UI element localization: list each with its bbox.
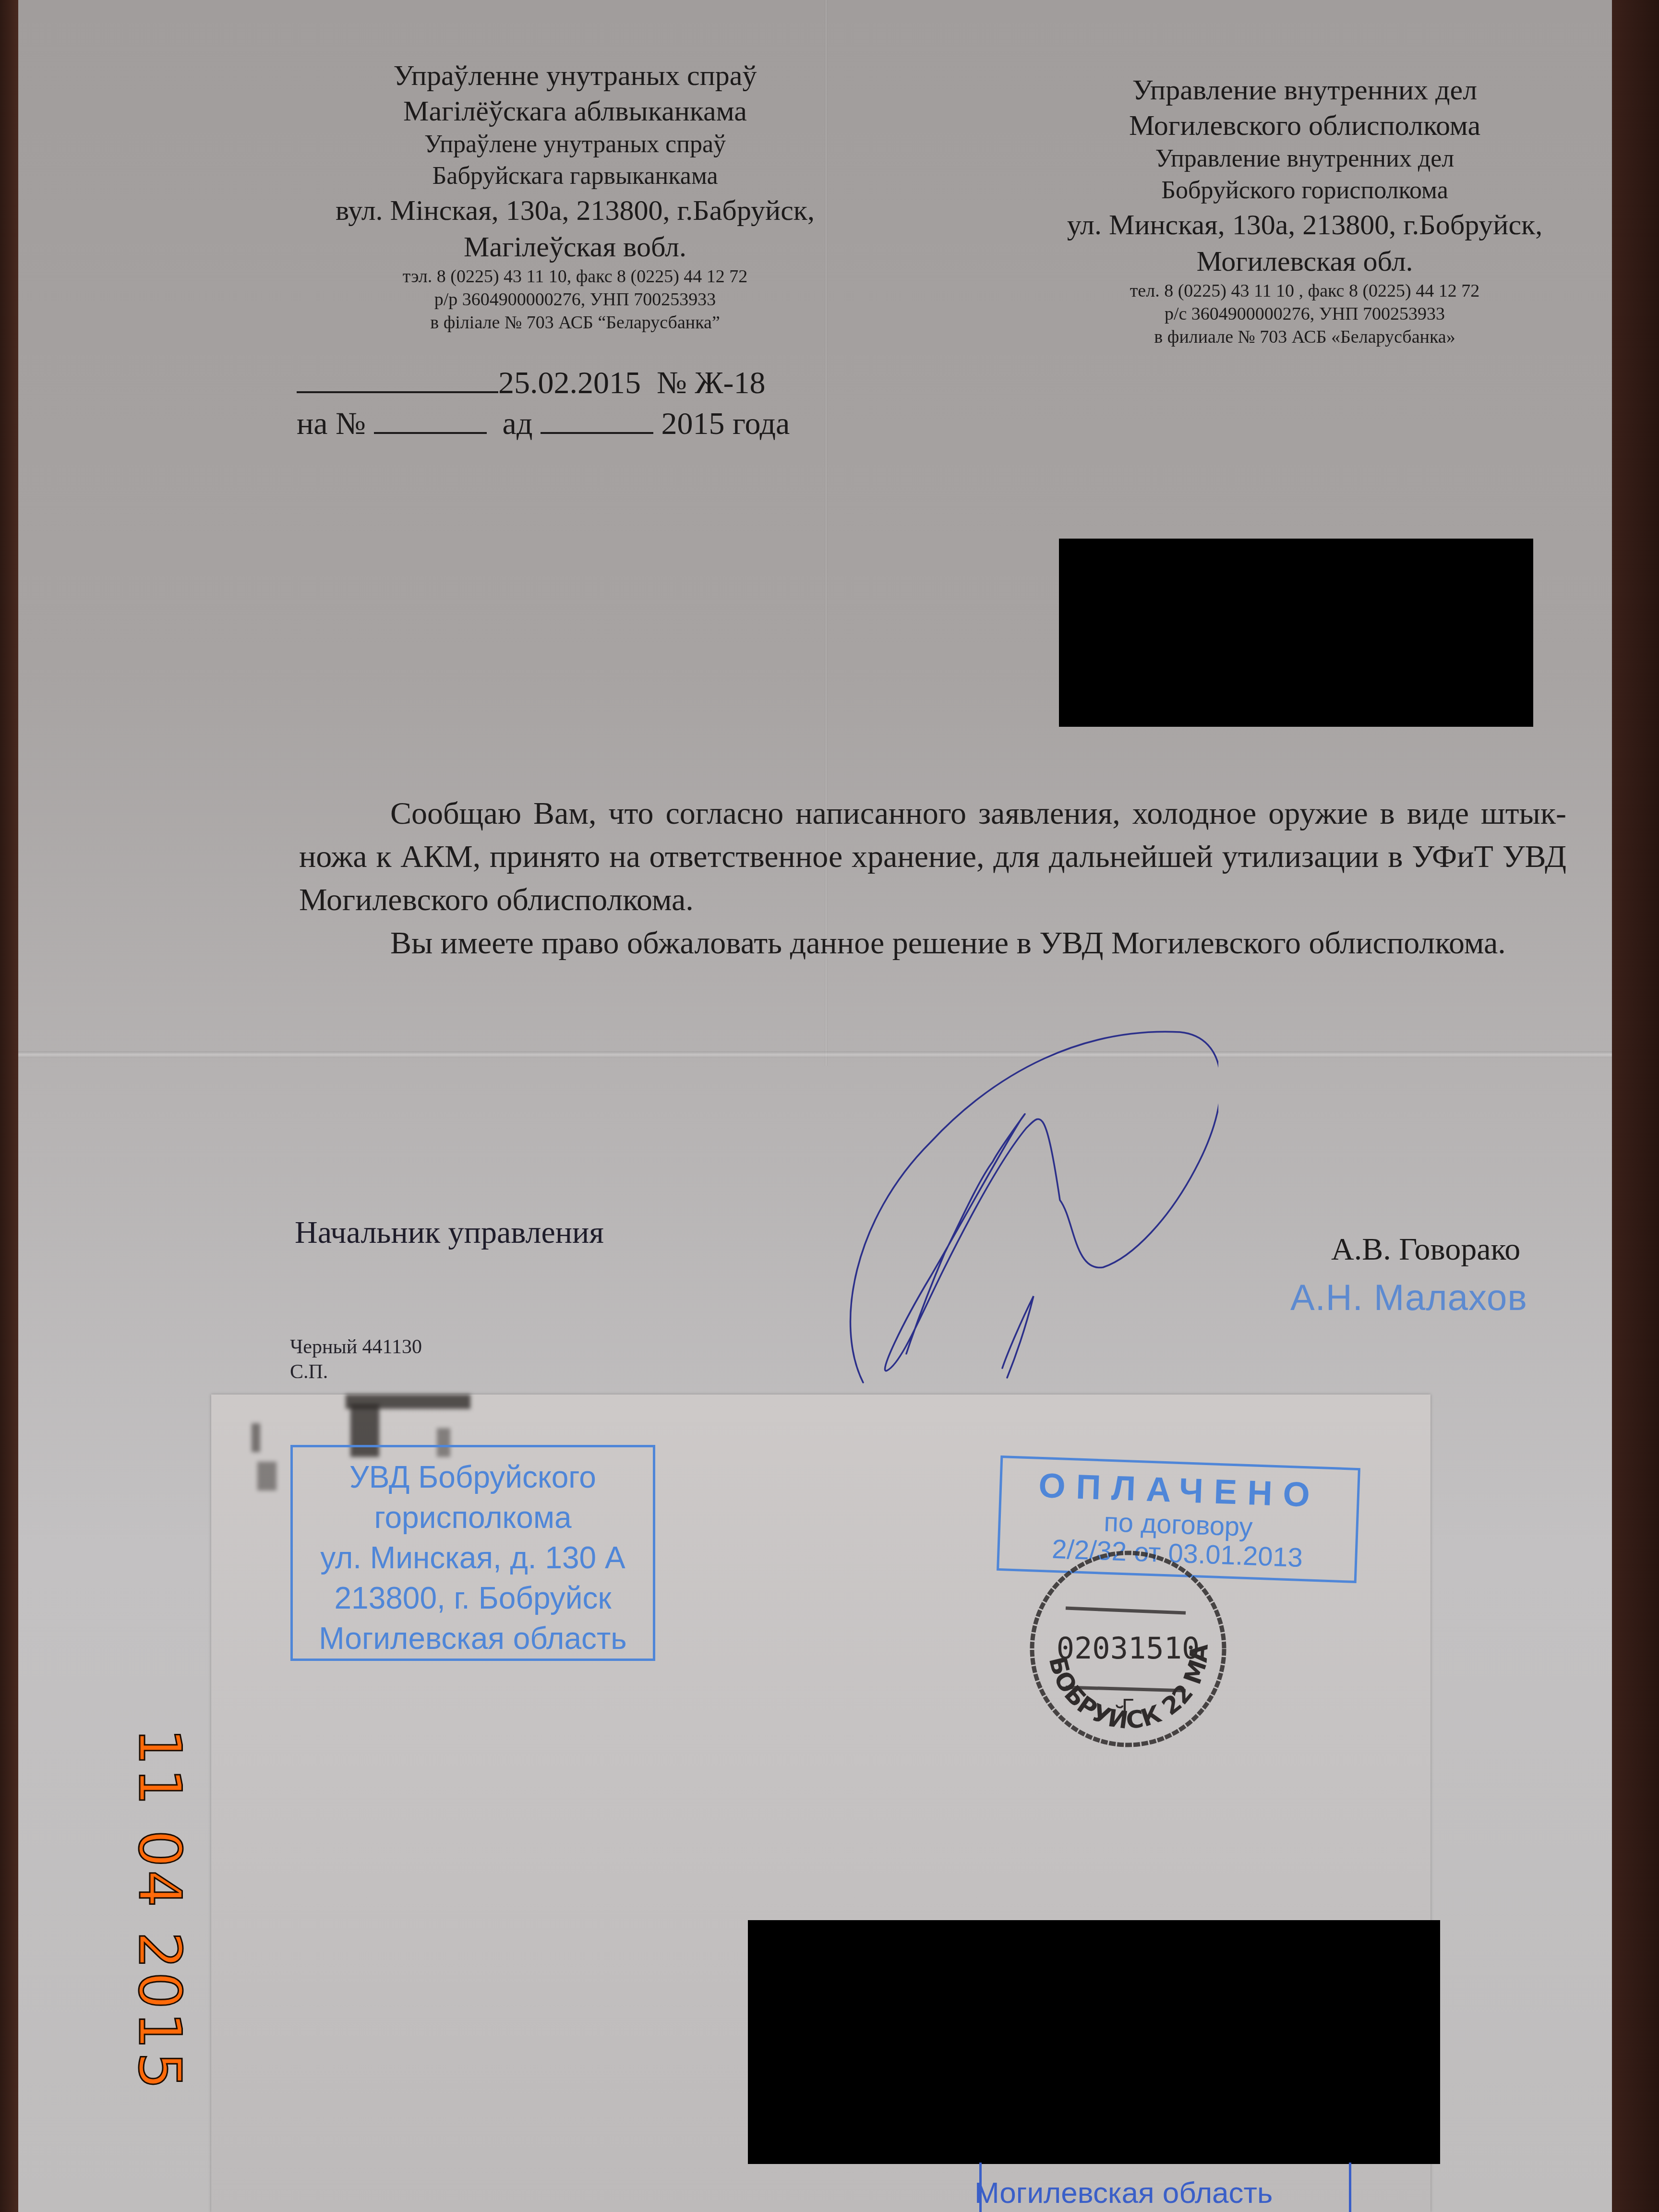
letterhead-line: Упраўлене унутраных спраў xyxy=(287,129,863,160)
signatory-title: Начальник управления xyxy=(295,1214,604,1251)
paper-fold-horizontal xyxy=(18,1051,1612,1058)
handwritten-signature-icon xyxy=(834,1018,1218,1402)
signatory-printed-name: А.В. Говорако xyxy=(1331,1231,1520,1268)
stamp-line: Могилевская область xyxy=(293,1618,653,1659)
stamp-line: ул. Минская, д. 130 А xyxy=(293,1538,653,1578)
tape-residue xyxy=(252,1423,260,1452)
body-paragraph: Сообщаю Вам, что согласно написанного за… xyxy=(299,792,1566,922)
table-surface-left xyxy=(0,0,19,2212)
letterhead-phone: тэл. 8 (0225) 43 11 10, факс 8 (0225) 44… xyxy=(287,265,863,288)
letterhead-region: Могилевская обл. xyxy=(1007,243,1602,279)
letterhead-account: р/с 3604900000276, УНП 700253933 xyxy=(1007,302,1602,325)
visible-address-fragment: Могилевская область xyxy=(974,2176,1273,2210)
letterhead-phone: тел. 8 (0225) 43 11 10 , факс 8 (0225) 4… xyxy=(1007,279,1602,302)
envelope: УВД Бобруйского горисполкома ул. Минская… xyxy=(211,1395,1431,2212)
incoming-reference: на № ад 2015 года xyxy=(297,406,790,442)
letterhead-address: вул. Мінская, 130а, 213800, г.Бабруйск, xyxy=(287,192,863,228)
year-suffix: 2015 года xyxy=(661,406,790,441)
stamp-line: горисполкома xyxy=(293,1497,653,1538)
letter-date: 25.02.2015 xyxy=(498,365,641,400)
letterhead-bank: в филиале № 703 АСБ «Беларусбанка» xyxy=(1007,325,1602,349)
letterhead-address: ул. Минская, 130а, 213800, г.Бобруйск, xyxy=(1007,206,1602,243)
letterhead-line: Управление внутренних дел xyxy=(1007,143,1602,175)
letterhead-line: Магілёўскага аблвыканкама xyxy=(287,93,863,129)
outgoing-reference: 25.02.2015 № Ж-18 xyxy=(297,365,766,401)
na-label: на № xyxy=(297,406,366,441)
body-paragraph: Вы имеете право обжаловать данное решени… xyxy=(299,922,1566,965)
stamp-line: УВД Бобруйского xyxy=(293,1457,653,1497)
tape-residue xyxy=(257,1462,276,1491)
signatory-name-stamp: А.Н. Малахов xyxy=(1290,1277,1527,1319)
executor-initials: С.П. xyxy=(290,1359,422,1384)
address-frame-right xyxy=(1349,2163,1351,2212)
letterhead-region: Магілеўская вобл. xyxy=(287,228,863,265)
redacted-recipient-block xyxy=(1059,539,1533,727)
letter-body: Сообщаю Вам, что согласно написанного за… xyxy=(299,792,1566,965)
letterhead-line: Упраўленне унутраных спраў xyxy=(287,58,863,93)
postmark-date: 02031510 xyxy=(1057,1631,1200,1666)
blank-underline xyxy=(374,427,487,434)
letterhead-line: Управление внутренних дел xyxy=(1007,72,1602,108)
letterhead-account: р/р 3604900000276, УНП 700253933 xyxy=(287,288,863,311)
letterhead-bank: в філіале № 703 АСБ “Беларусбанка” xyxy=(287,311,863,334)
blank-underline xyxy=(541,427,653,434)
sender-address-stamp: УВД Бобруйского горисполкома ул. Минская… xyxy=(290,1445,655,1661)
camera-timestamp: 11 04 2015 xyxy=(126,1728,194,2092)
letterhead-line: Бабруйскага гарвыканкама xyxy=(287,160,863,192)
letterhead-line: Бобруйского горисполкома xyxy=(1007,175,1602,206)
ad-label: ад xyxy=(503,406,533,441)
letterhead-line: Могилевского облисполкома xyxy=(1007,108,1602,143)
letter-number: № Ж-18 xyxy=(657,365,766,400)
blank-underline xyxy=(297,386,498,393)
executor-note: Черный 441130 С.П. xyxy=(290,1334,422,1384)
letterhead-russian: Управление внутренних дел Могилевского о… xyxy=(1007,72,1602,349)
redacted-recipient-address xyxy=(748,1920,1440,2164)
table-surface-right xyxy=(1611,0,1659,2212)
postmark-icon: 02031510 Г БОБРУЙСК 22 МАГ. ВСЕХ xyxy=(1020,1541,1236,1757)
executor-line: Черный 441130 xyxy=(290,1334,422,1359)
letterhead-belarusian: Упраўленне унутраных спраў Магілёўскага … xyxy=(287,58,863,334)
stamp-line: 213800, г. Бобруйск xyxy=(293,1578,653,1618)
